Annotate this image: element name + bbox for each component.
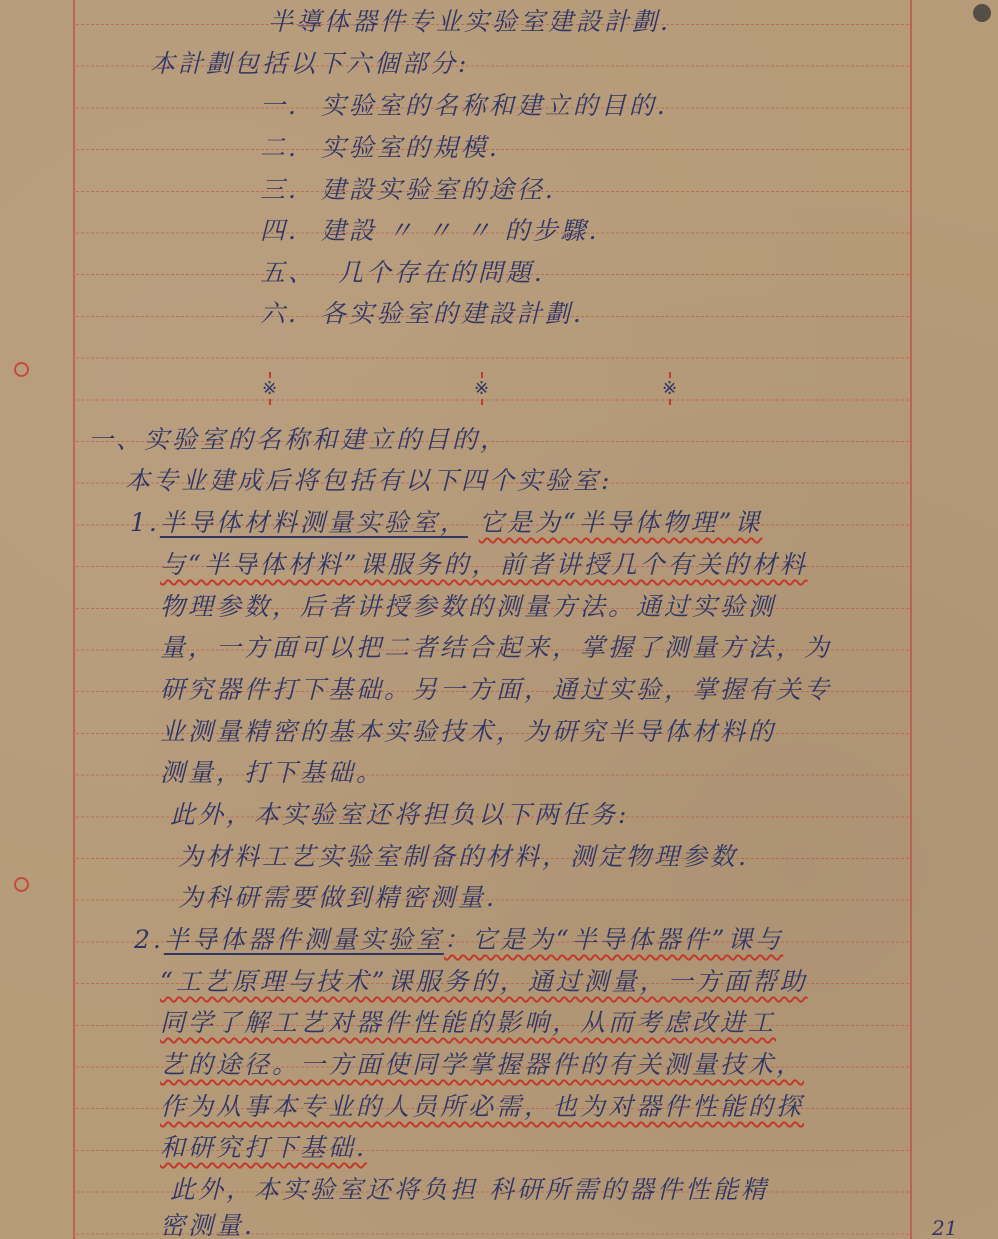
lab-2-line: 同学了解工艺对器件性能的影响，从而考虑改进工: [160, 1003, 776, 1039]
lab-2-line: 和研究打下基础.: [160, 1128, 367, 1164]
page-number: 21: [932, 1216, 957, 1239]
lab-1-line: 与“半导体材料”课服务的，前者讲授几个有关的材料: [160, 545, 808, 581]
binder-hole-icon: [14, 362, 29, 377]
separator-star-icon: ※: [262, 378, 277, 399]
lab-1-line: 量，一方面可以把二者结合起来，掌握了测量方法，为: [160, 628, 832, 664]
lab-2-line: 艺的途径。一方面使同学掌握器件的有关测量技术，: [160, 1045, 804, 1081]
outline-item-1: 一. 实验室的名称和建立的目的.: [260, 86, 668, 122]
document-title: 半導体器件专业实验室建設計劃.: [268, 2, 671, 38]
lab-1-name: 半导体材料测量实验室，: [160, 508, 468, 537]
binder-hole-icon: [14, 877, 29, 892]
lab-1-task-1: 为材料工艺实验室制备的材料，测定物理参数.: [178, 837, 749, 873]
lab-1-line: 测量，打下基础。: [160, 753, 384, 789]
lab-2-line: 密测量.: [160, 1206, 255, 1239]
lab-1-line: 业测量精密的基本实验技术，为研究半导体材料的: [160, 712, 776, 748]
left-margin-line: [73, 0, 75, 1239]
section-1-lead: 本专业建成后将包括有以下四个实验室:: [125, 461, 612, 497]
separator-star-icon: ※: [474, 378, 489, 399]
outline-item-6: 六. 各实验室的建設計劃.: [260, 294, 584, 330]
lab-1-first-line: 1.半导体材料测量实验室， 它是为“半导体物理”课: [130, 503, 762, 539]
lab-2-name: 半导体器件测量实验室: [164, 925, 444, 954]
lab-2-first-line: 2.半导体器件测量实验室：它是为“半导体器件”课与: [134, 920, 783, 956]
outline-item-2: 二. 实验室的規模.: [260, 128, 500, 164]
lab-1-line: 研究器件打下基础。另一方面，通过实验，掌握有关专: [160, 670, 832, 706]
outline-item-5: 五、 几个存在的問題.: [260, 253, 545, 289]
lab-1-line: 此外，本实验室还将担负以下两任务:: [170, 795, 629, 831]
lab-2-line: 作为从事本专业的人员所必需，也为对器件性能的探: [160, 1087, 804, 1123]
lab-1-task-2: 为科研需要做到精密测量.: [178, 878, 497, 914]
section-1-heading: 一、实验室的名称和建立的目的，: [88, 420, 508, 456]
intro-text: 本計劃包括以下六個部分:: [150, 44, 469, 80]
lab-2-line: 此外，本实验室还将负担 科研所需的器件性能精: [170, 1170, 769, 1206]
separator-star-icon: ※: [662, 378, 677, 399]
right-margin-line: [910, 0, 912, 1239]
lab-2-line: “工艺原理与技术”课服务的，通过测量，一方面帮助: [160, 962, 808, 998]
ink-blot: [973, 4, 991, 22]
outline-item-3: 三. 建設实验室的途径.: [260, 170, 556, 206]
lab-1-line: 物理参数，后者讲授参数的测量方法。通过实验测: [160, 587, 776, 623]
outline-item-4: 四. 建設 〃 〃 〃 的步驟.: [260, 211, 600, 247]
